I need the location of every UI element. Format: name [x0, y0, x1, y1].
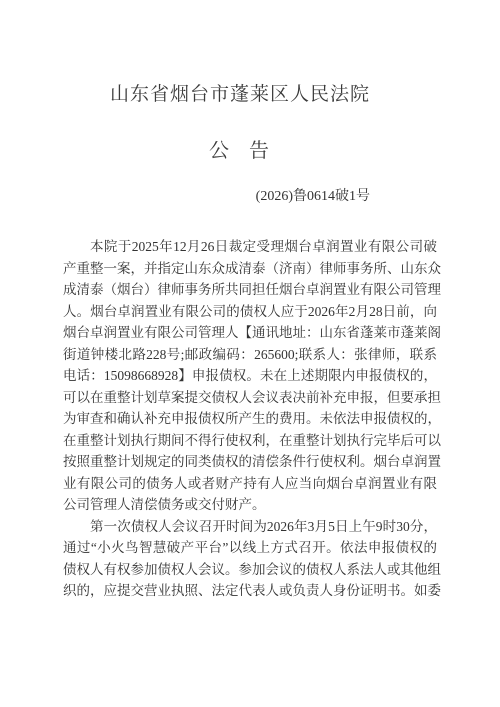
body-line: 烟台卓润置业有限公司管理人【通讯地址：山东省蓬莱市蓬莱阁: [63, 322, 437, 344]
body-line: 第一次债权人会议召开时间为2026年3月5日上午9时30分，: [63, 516, 437, 538]
body-line: 可以在重整计划草案提交债权人会议表决前补充申报，但要承担: [63, 387, 437, 409]
body-line: 织的，应提交营业执照、法定代表人或负责人身份证明书。如委: [63, 580, 437, 602]
case-number: (2026)鲁0614破1号: [0, 188, 500, 206]
body-line: 成清泰（烟台）律师事务所共同担任烟台卓润置业有限公司管理: [63, 279, 437, 301]
document-page: 山东省烟台市蓬莱区人民法院 公 告 (2026)鲁0614破1号 本院于2025…: [0, 0, 500, 707]
body-line: 本院于2025年12月26日裁定受理烟台卓润置业有限公司破: [63, 236, 437, 258]
paragraph-1: 本院于2025年12月26日裁定受理烟台卓润置业有限公司破 产重整一案，并指定山…: [63, 236, 437, 516]
body-line: 按照重整计划规定的同类债权的清偿条件行使权利。烟台卓润置: [63, 451, 437, 473]
body-line: 为审查和确认补充申报债权所产生的费用。未依法申报债权的，: [63, 408, 437, 430]
body-line: 在重整计划执行期间不得行使权利，在重整计划执行完毕后可以: [63, 430, 437, 452]
announcement-body: 本院于2025年12月26日裁定受理烟台卓润置业有限公司破 产重整一案，并指定山…: [63, 236, 437, 602]
body-line: 电话：15098668928】申报债权。未在上述期限内申报债权的，: [63, 365, 437, 387]
body-line: 债权人有权参加债权人会议。参加会议的债权人系法人或其他组: [63, 559, 437, 581]
body-line: 人。烟台卓润置业有限公司的债权人应于2026年2月28日前，向: [63, 301, 437, 323]
announcement-title: 公 告: [0, 140, 489, 162]
body-line: 产重整一案，并指定山东众成清泰（济南）律师事务所、山东众: [63, 258, 437, 280]
body-line: 街道钟楼北路228号;邮政编码：265600;联系人：张律师，联系: [63, 344, 437, 366]
court-name: 山东省烟台市蓬莱区人民法院: [0, 84, 490, 106]
body-line: 公司管理人清偿债务或交付财产。: [63, 494, 437, 516]
paragraph-2: 第一次债权人会议召开时间为2026年3月5日上午9时30分， 通过“小火鸟智慧破…: [63, 516, 437, 602]
body-line: 通过“小火鸟智慧破产平台”以线上方式召开。依法申报债权的: [63, 537, 437, 559]
body-line: 业有限公司的债务人或者财产持有人应当向烟台卓润置业有限: [63, 473, 437, 495]
